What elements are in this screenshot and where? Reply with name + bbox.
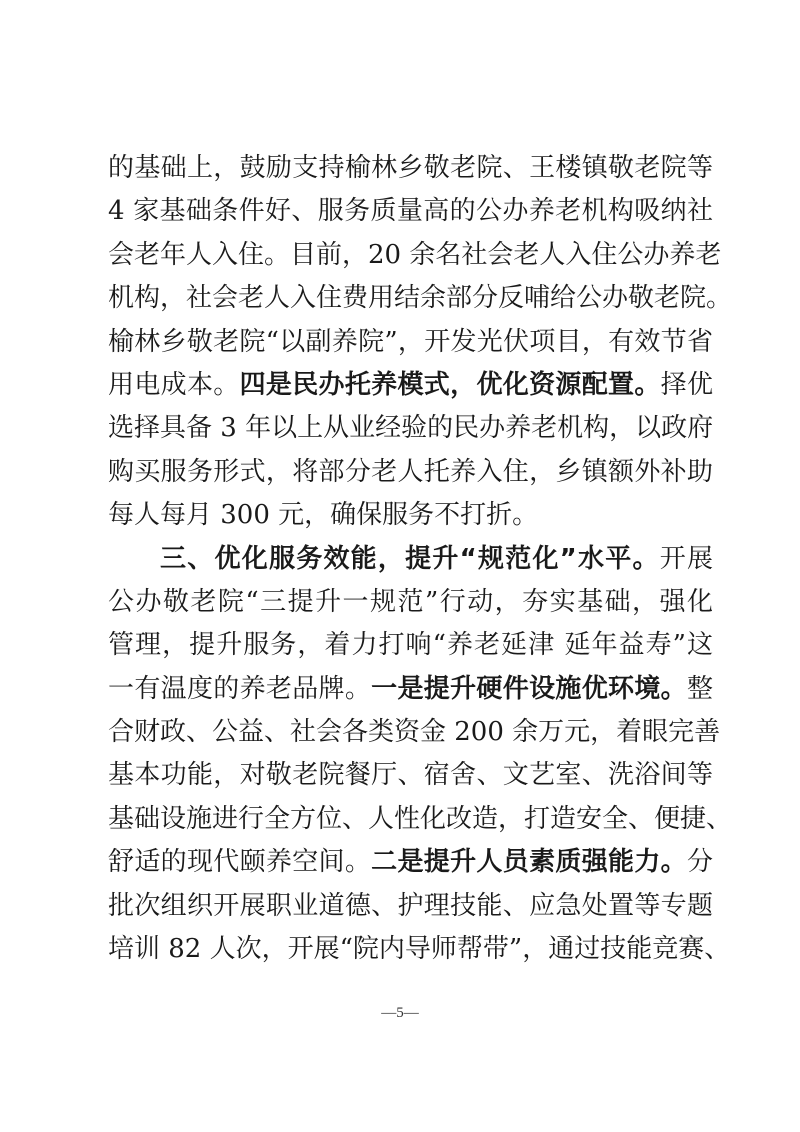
body-text-segment: 机构，社会老人入住费用结余部分反哺给公办敬老院。 (108, 283, 732, 313)
body-text-segment: 批次组织开展职业道德、护理技能、应急处置等专题 (108, 891, 713, 921)
body-text-segment: 用电成本。 (108, 370, 240, 400)
body-text-segment: 选择具备 3 年以上从业经验的民办养老机构，以政府 (108, 413, 713, 443)
bold-heading-text: 三、优化服务效能，提升“规范化”水平。 (160, 544, 660, 574)
body-text-segment: 的基础上，鼓励支持榆林乡敬老院、王楼镇敬老院等 (108, 153, 713, 183)
text-line: 会老年人入住。目前，20 余名社会老人入住公办养老 (108, 234, 713, 277)
body-text-segment: 整 (687, 674, 713, 704)
body-text-segment: 榆林乡敬老院“以副养院”，开发光伏项目，有效节省 (108, 327, 713, 357)
text-line: 合财政、公益、社会各类资金 200 余万元，着眼完善 (108, 711, 713, 754)
body-text-segment: 管理，提升服务，着力打响“养老延津 延年益寿”这 (108, 630, 713, 660)
body-text-segment: 公办敬老院“三提升一规范”行动，夯实基础，强化 (108, 587, 713, 617)
text-line: 榆林乡敬老院“以副养院”，开发光伏项目，有效节省 (108, 321, 713, 364)
text-line: 基础设施进行全方位、人性化改造，打造安全、便捷、 (108, 798, 713, 841)
body-text-segment: 合财政、公益、社会各类资金 200 余万元，着眼完善 (108, 717, 720, 747)
body-text-segment: 会老年人入住。目前，20 余名社会老人入住公办养老 (108, 240, 721, 270)
body-text-segment: 舒适的现代颐养空间。 (108, 847, 371, 877)
text-line: 机构，社会老人入住费用结余部分反哺给公办敬老院。 (108, 277, 713, 320)
body-text-segment: 基础设施进行全方位、人性化改造，打造安全、便捷、 (108, 804, 732, 834)
text-line: 的基础上，鼓励支持榆林乡敬老院、王楼镇敬老院等 (108, 147, 713, 190)
body-text-segment: 一有温度的养老品牌。 (108, 674, 371, 704)
text-line: 一有温度的养老品牌。一是提升硬件设施优环境。整 (108, 668, 713, 711)
text-line: 公办敬老院“三提升一规范”行动，夯实基础，强化 (108, 581, 713, 624)
body-text-segment: 培训 82 人次，开展“院内导师帮带”，通过技能竞赛、 (108, 934, 730, 964)
body-text: 的基础上，鼓励支持榆林乡敬老院、王楼镇敬老院等4 家基础条件好、服务质量高的公办… (108, 147, 713, 971)
text-line: 4 家基础条件好、服务质量高的公办养老机构吸纳社 (108, 190, 713, 233)
body-text-segment: 分 (687, 847, 713, 877)
body-text-segment: 每人每月 300 元，确保服务不打折。 (108, 500, 538, 530)
text-line: 用电成本。四是民办托养模式，优化资源配置。择优 (108, 364, 713, 407)
text-line: 批次组织开展职业道德、护理技能、应急处置等专题 (108, 885, 713, 928)
text-line: 选择具备 3 年以上从业经验的民办养老机构，以政府 (108, 407, 713, 450)
body-text-segment: 4 家基础条件好、服务质量高的公办养老机构吸纳社 (108, 196, 713, 226)
bold-heading-text: 四是民办托养模式，优化资源配置。 (240, 370, 661, 400)
document-page: 的基础上，鼓励支持榆林乡敬老院、王楼镇敬老院等4 家基础条件好、服务质量高的公办… (0, 0, 800, 1132)
text-line: 购买服务形式，将部分老人托养入住，乡镇额外补助 (108, 451, 713, 494)
text-line: 三、优化服务效能，提升“规范化”水平。开展 (108, 538, 713, 581)
text-line: 舒适的现代颐养空间。二是提升人员素质强能力。分 (108, 841, 713, 884)
text-line: 每人每月 300 元，确保服务不打折。 (108, 494, 713, 537)
page-number: —5— (0, 1005, 800, 1022)
bold-heading-text: 一是提升硬件设施优环境。 (371, 674, 687, 704)
text-line: 培训 82 人次，开展“院内导师帮带”，通过技能竞赛、 (108, 928, 713, 971)
body-text-segment: 基本功能，对敬老院餐厅、宿舍、文艺室、洗浴间等 (108, 760, 713, 790)
bold-heading-text: 二是提升人员素质强能力。 (371, 847, 687, 877)
body-text-segment: 购买服务形式，将部分老人托养入住，乡镇额外补助 (108, 457, 713, 487)
body-text-segment: 择优 (661, 370, 713, 400)
text-line: 基本功能，对敬老院餐厅、宿舍、文艺室、洗浴间等 (108, 754, 713, 797)
text-line: 管理，提升服务，着力打响“养老延津 延年益寿”这 (108, 624, 713, 667)
body-text-segment: 开展 (660, 544, 713, 574)
